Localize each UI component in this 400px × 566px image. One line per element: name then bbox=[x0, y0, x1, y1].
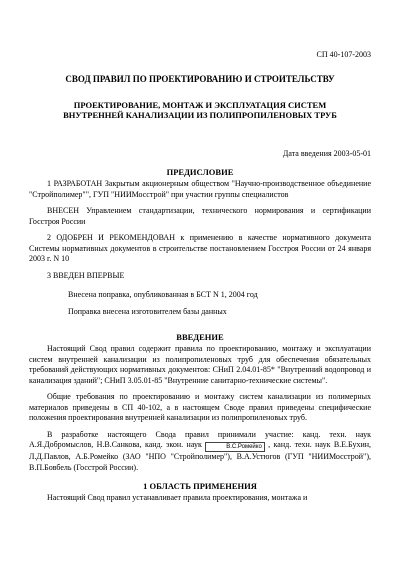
preface-paragraph-approved: 2 ОДОБРЕН И РЕКОМЕНДОВАН к применению в … bbox=[29, 233, 371, 265]
introduction-paragraph-general-requirements: Общие требования по проектированию и мон… bbox=[29, 392, 371, 424]
document-page: СП 40-107-2003 СВОД ПРАВИЛ ПО ПРОЕКТИРОВ… bbox=[0, 0, 400, 566]
amendment-note: Внесена поправка, опубликованная в БСТ N… bbox=[68, 290, 371, 301]
introduction-heading: ВВЕДЕНИЕ bbox=[29, 332, 371, 343]
deceased-name-box: В.С.Ромейко bbox=[205, 442, 265, 452]
doc-number: СП 40-107-2003 bbox=[29, 50, 371, 61]
preface-paragraph-developed: 1 РАЗРАБОТАН Закрытым акционерным общест… bbox=[29, 179, 371, 200]
scope-heading: 1 ОБЛАСТЬ ПРИМЕНЕНИЯ bbox=[29, 481, 371, 492]
introduction-paragraph-participants: В разработке настоящего Свода правил при… bbox=[29, 430, 371, 474]
scope-paragraph-first-line: Настоящий Свод правил устанавливает прав… bbox=[29, 493, 371, 504]
document-subtitle: ПРОЕКТИРОВАНИЕ, МОНТАЖ И ЭКСПЛУАТАЦИЯ СИ… bbox=[29, 100, 371, 121]
preface-paragraph-submitted: ВНЕСЕН Управлением стандартизации, техни… bbox=[29, 206, 371, 227]
document-subtitle-line1: ПРОЕКТИРОВАНИЕ, МОНТАЖ И ЭКСПЛУАТАЦИЯ СИ… bbox=[29, 100, 371, 111]
preface-heading: ПРЕДИСЛОВИЕ bbox=[29, 167, 371, 178]
amendment-source-note: Поправка внесена изготовителем базы данн… bbox=[68, 307, 371, 318]
document-title: СВОД ПРАВИЛ ПО ПРОЕКТИРОВАНИЮ И СТРОИТЕЛ… bbox=[29, 74, 371, 85]
preface-paragraph-introduced: 3 ВВЕДЕН ВПЕРВЫЕ bbox=[29, 271, 371, 282]
document-subtitle-line2: ВНУТРЕННЕЙ КАНАЛИЗАЦИИ ИЗ ПОЛИПРОПИЛЕНОВ… bbox=[29, 110, 371, 121]
effective-date: Дата введения 2003-05-01 bbox=[29, 149, 371, 160]
introduction-paragraph-scope-rules: Настоящий Свод правил содержит правила п… bbox=[29, 344, 371, 386]
